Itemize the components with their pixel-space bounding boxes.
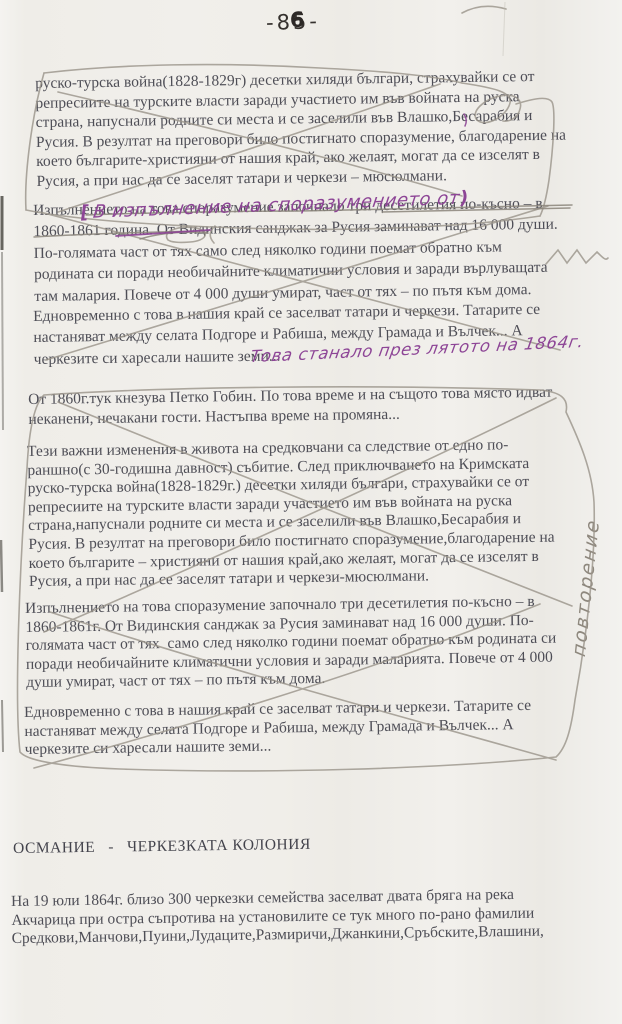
paragraph-boxed-3: Изпълнението на това споразумение започн… — [25, 593, 557, 693]
scanned-document-page: -85- 6 руско-турска война(1828-1829г) де… — [0, 0, 622, 1024]
paragraph-boxed-1: От 1860г.тук кнезува Петко Гобин. По тов… — [28, 383, 553, 430]
paragraph-boxed-2: Тези важни изменения в живота на средков… — [27, 436, 555, 592]
paragraph-bottom-1: На 19 юли 1864г. близо 300 черкезки семе… — [11, 886, 544, 949]
left-edge-dark-3 — [1, 540, 2, 592]
insert-text: В изпълнение на споразумението от — [92, 188, 461, 223]
insert-paren: ) — [458, 187, 470, 208]
paragraph-boxed-4: Едновременно с това в нашия край се засе… — [24, 697, 532, 760]
margin-note-vertical: повторение — [566, 496, 610, 680]
fold-line — [503, 2, 505, 56]
page-number: -85- 6 — [266, 9, 321, 35]
left-edge-dark-4 — [2, 700, 3, 752]
page-number-correction: 6 — [290, 7, 308, 32]
left-edge-dark-2 — [2, 252, 3, 430]
section-heading: ОСМАНИЕ - ЧЕРКЕЗКАТА КОЛОНИЯ — [13, 836, 311, 858]
insert-bracket: [ — [79, 202, 91, 223]
top-arc — [462, 6, 506, 13]
